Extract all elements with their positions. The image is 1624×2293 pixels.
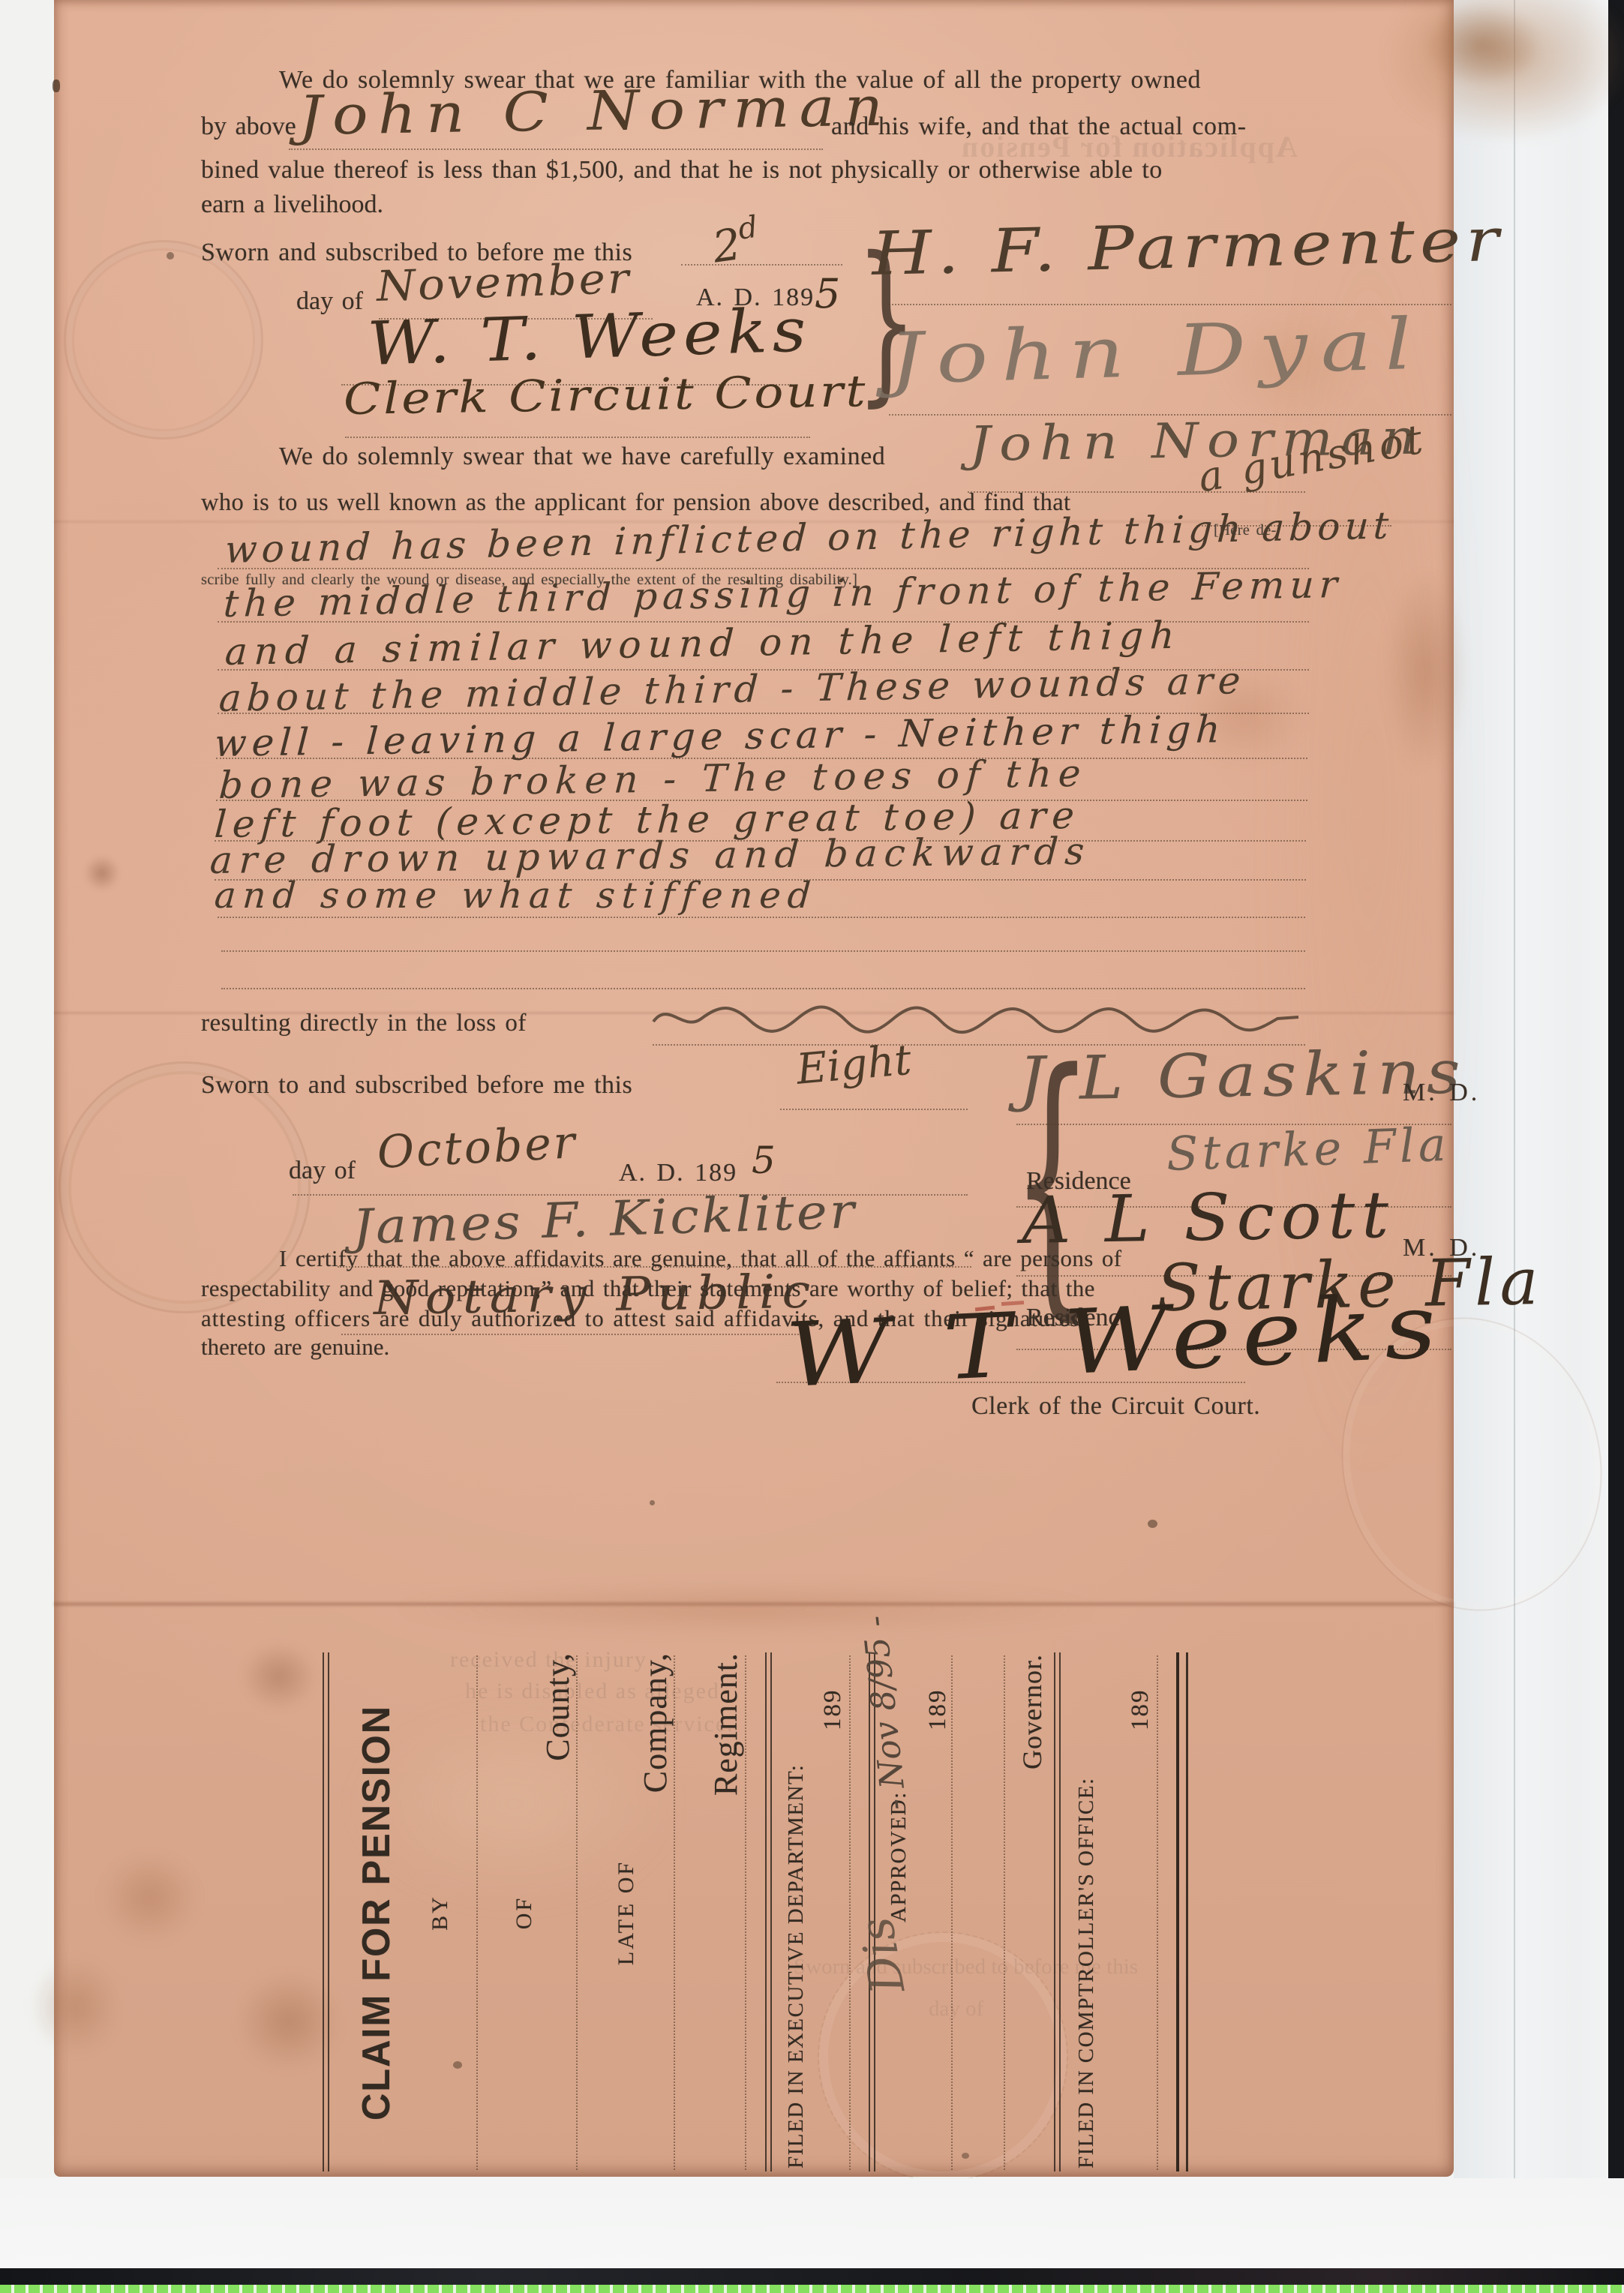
- docket-rotated-content: CLAIM FOR PENSION BY OF County, LATE OF …: [315, 1646, 1193, 2179]
- year-digit-handwritten: 5: [752, 1139, 776, 1182]
- certification-line4: thereto are genuine.: [201, 1334, 389, 1361]
- clerk-title-handwritten: Clerk Circuit Court: [343, 365, 868, 425]
- scanner-margin-seam: [1514, 0, 1515, 2265]
- docket-fill-line: [476, 1655, 478, 2170]
- docket-fill-line: [674, 1655, 675, 2170]
- affidavit2-line1: We do solemnly swear that we have carefu…: [279, 443, 885, 471]
- physician1-md-label: M. D.: [1403, 1079, 1480, 1107]
- fill-line: [780, 1109, 968, 1110]
- witness2-signature: John Dyal: [887, 304, 1427, 401]
- year-digit-handwritten: 5: [815, 270, 840, 317]
- day-word-handwritten: Eight: [794, 1036, 913, 1094]
- docket-year-prefix: 189: [1127, 1689, 1154, 1731]
- docket-rule: [1054, 1652, 1061, 2171]
- docket-by-label: BY: [428, 1646, 453, 2179]
- docket-title: CLAIM FOR PENSION: [354, 1655, 399, 2171]
- docket-county-label: County,: [539, 1652, 577, 1761]
- ruled-line: [221, 988, 1305, 989]
- docket-company-label: Company,: [636, 1652, 674, 1793]
- fill-line: [289, 149, 823, 150]
- handwritten-scribble: [649, 992, 1309, 1040]
- docket-rule: [765, 1652, 772, 2171]
- scanner-bottom-green-strip: [0, 2285, 1624, 2293]
- docket-late-of-label: LATE OF: [614, 1646, 639, 2179]
- signature-line: [345, 437, 810, 438]
- docket-of-label: OF: [512, 1646, 537, 2179]
- scanner-margin-right: [1454, 0, 1624, 2293]
- stain: [101, 1853, 199, 1943]
- docket-filed-comp-label: FILED IN COMPTROLLER'S OFFICE:: [1074, 1777, 1099, 2168]
- docket-fill-line: [1157, 1655, 1158, 2170]
- stain: [30, 1958, 120, 2055]
- docket-year-prefix: 189: [924, 1689, 952, 1731]
- clerk-caption: Clerk of the Circuit Court.: [971, 1392, 1260, 1421]
- scanned-document: Application for Pension received the inj…: [0, 0, 1624, 2293]
- affidavit1-line4: earn a livelihood.: [201, 191, 383, 219]
- ruled-line: [216, 800, 1307, 801]
- jurat1-day-of: day of: [296, 287, 363, 316]
- stain: [390, 1583, 1103, 1635]
- affidavit1-line2-pre: by above: [201, 113, 296, 141]
- signature-line: [341, 1334, 799, 1335]
- speck: [1148, 1520, 1157, 1528]
- physician1-residence-handwritten: Starke Fla: [1166, 1117, 1451, 1181]
- scanner-bottom-dark-strip: [0, 2268, 1624, 2285]
- docket-governor-line: [1004, 1655, 1005, 2170]
- stain: [1421, 4, 1541, 86]
- docket-fill-line: [745, 1655, 746, 2170]
- ruled-line: [215, 840, 1306, 842]
- docket-disapproved-handwritten: Dis: [848, 1913, 915, 1997]
- jurat2-day-of: day of: [289, 1157, 356, 1185]
- speck: [53, 80, 60, 92]
- docket-fill-line: [576, 1655, 578, 2170]
- affidavit1-line2-post: and his wife, and that the actual com-: [831, 113, 1247, 141]
- docket-fill-line: [951, 1655, 953, 2170]
- stain: [242, 1643, 317, 1710]
- embossed-seal-icon: [64, 240, 263, 440]
- scanner-edge-black: [1608, 0, 1624, 2267]
- witness1-signature: H. F. Parmenter: [871, 205, 1505, 289]
- stain: [84, 855, 120, 891]
- day-number-handwritten: 2d: [709, 210, 763, 273]
- loss-label: resulting directly in the loss of: [201, 1010, 527, 1037]
- docket-thick-rule: [1176, 1652, 1188, 2171]
- ruled-line: [221, 950, 1305, 952]
- ruled-line: [215, 879, 1306, 881]
- ruled-line: [218, 669, 1309, 671]
- jurat2-sworn-line: Sworn to and subscribed before me this: [201, 1071, 632, 1100]
- docket-year-prefix: 189: [819, 1689, 847, 1731]
- scanner-bottom-white: [0, 2178, 1624, 2270]
- ruled-line: [218, 713, 1309, 714]
- physician1-signature: J L Gaskins: [1018, 1037, 1467, 1114]
- docket-approved-label: APPROVED:: [887, 1791, 911, 1922]
- ruled-line: [218, 568, 1309, 569]
- docket-panel: CLAIM FOR PENSION BY OF County, LATE OF …: [315, 1646, 1193, 2179]
- docket-rule: [323, 1652, 329, 2171]
- ruled-line: [218, 917, 1305, 918]
- ruled-line: [216, 758, 1307, 759]
- applicant-name-handwritten: John C Norman: [298, 74, 893, 147]
- docket-regiment-label: Regiment.: [707, 1652, 745, 1796]
- clerk-signature: W. T. Weeks: [366, 295, 812, 379]
- jurat2-ad: A. D. 189: [619, 1159, 737, 1187]
- speck: [167, 252, 174, 260]
- ruled-line: [218, 621, 1309, 623]
- docket-governor-label: Governor.: [1016, 1654, 1048, 1769]
- affidavit1-line3: bined value thereof is less than $1,500,…: [201, 156, 1163, 185]
- docket-fill-line: [849, 1655, 851, 2170]
- docket-filed-exec-label: FILED IN EXECUTIVE DEPARTMENT:: [784, 1764, 809, 2168]
- speck: [650, 1500, 655, 1505]
- certification-line1: I certify that the above affidavits are …: [279, 1245, 1122, 1272]
- month-handwritten: October: [376, 1116, 578, 1179]
- disability-line: and some what stiffened: [213, 875, 819, 917]
